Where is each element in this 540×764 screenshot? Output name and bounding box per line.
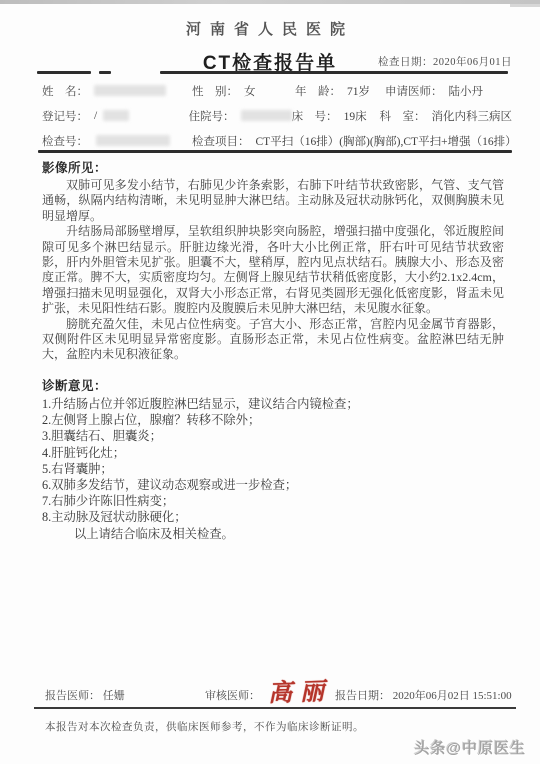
age-field: 年 龄： 71岁 xyxy=(295,83,385,99)
diagnosis-item: 6.双肺多发结节，建议动态观察或进一步检查； xyxy=(42,477,504,493)
report-doctor-label: 报告医师： xyxy=(45,690,100,702)
diagnosis-section: 诊断意见： 1.升结肠占位并邻近腹腔淋巴结显示，建议结合内镜检查； 2.左侧肾上… xyxy=(42,376,504,542)
gender-label: 性 别： xyxy=(192,83,238,99)
redacted-name xyxy=(94,85,166,96)
exam-date-value: 2020年06月01日 xyxy=(433,57,512,68)
review-doctor-field: 审核医师： xyxy=(205,687,260,703)
exam-date: 检查日期：2020年06月01日 xyxy=(378,54,512,69)
gender-value: 女 xyxy=(244,83,256,99)
name-field: 姓 名： xyxy=(42,83,192,99)
exam-item-field: 检查项目： CT平扫（16排）(胸部)(胸部),CT平扫+增强（16排）(盆腔+… xyxy=(192,133,512,149)
patient-row-1: 姓 名： 性 别： 女 年 龄： 71岁 申请医师： 陆小丹 xyxy=(42,78,512,103)
divider-segment xyxy=(99,71,111,74)
signature-row: 报告医师： 任姗 审核医师： 高丽 报告日期： 2020年06月02日 15:5… xyxy=(0,678,540,708)
exam-date-label: 检查日期： xyxy=(378,57,433,68)
reg-no-label: 登记号： xyxy=(42,108,88,124)
patient-row-2: 登记号： / 住院号： 床 号： 19床 科 室： 消化内科三病区 xyxy=(42,103,512,128)
exam-item-label: 检查项目： xyxy=(192,133,250,149)
divider-segment xyxy=(160,71,508,74)
exam-no-field: 检查号： xyxy=(42,133,192,149)
ct-report-page: 河南省人民医院 CT检查报告单 检查日期：2020年06月01日 姓 名： 性 … xyxy=(0,0,540,764)
toutiao-watermark: 头条@中原医生 xyxy=(414,737,526,758)
title-row: CT检查报告单 检查日期：2020年06月01日 xyxy=(0,48,540,70)
dept-field: 科 室： 消化内科三病区 xyxy=(380,108,513,124)
redacted-reg-no xyxy=(103,110,129,121)
header-divider xyxy=(0,71,540,74)
admission-no-field: 住院号： xyxy=(189,108,292,124)
footer-divider xyxy=(34,707,516,709)
diagnosis-item: 5.右肾囊肿； xyxy=(42,461,504,477)
patient-info-table: 姓 名： 性 别： 女 年 龄： 71岁 申请医师： 陆小丹 登记号： / xyxy=(42,78,512,153)
diagnosis-item: 4.肝脏钙化灶； xyxy=(42,445,504,461)
review-doctor-signature: 高丽 xyxy=(267,671,332,708)
exam-no-label: 检查号： xyxy=(42,133,88,149)
findings-heading: 影像所见： xyxy=(42,158,504,176)
gender-field: 性 别： 女 xyxy=(192,83,295,99)
age-label: 年 龄： xyxy=(295,83,341,99)
reg-no-value: / xyxy=(94,110,97,122)
report-date-field: 报告日期： 2020年06月02日 15:51:00 xyxy=(335,687,512,703)
scan-edge-bar xyxy=(0,0,540,4)
dept-value: 消化内科三病区 xyxy=(432,108,513,124)
bed-label: 床 号： xyxy=(292,108,338,124)
dept-label: 科 室： xyxy=(380,108,426,124)
findings-section: 影像所见： 双肺可见多发小结节，右肺见少许条索影，右肺下叶结节状致密影，气管、支… xyxy=(42,158,504,363)
diagnosis-item: 1.升结肠占位并邻近腹腔淋巴结显示，建议结合内镜检查； xyxy=(42,396,504,412)
admission-no-label: 住院号： xyxy=(189,108,235,124)
divider-segment xyxy=(37,71,91,74)
redacted-admission-no xyxy=(241,110,292,121)
diagnosis-closing: 以上请结合临床及相关检查。 xyxy=(42,526,504,542)
table-divider xyxy=(38,150,512,153)
report-date-label: 报告日期： xyxy=(335,690,390,702)
diagnosis-item: 8.主动脉及冠状动脉硬化； xyxy=(42,509,504,525)
redacted-exam-no xyxy=(96,135,170,146)
diagnosis-item: 2.左侧肾上腺占位，腺瘤？转移不除外； xyxy=(42,412,504,428)
reg-no-field: 登记号： / xyxy=(42,108,189,124)
review-doctor-label: 审核医师： xyxy=(205,690,260,702)
req-doctor-label: 申请医师： xyxy=(385,83,443,99)
req-doctor-value: 陆小丹 xyxy=(449,83,484,99)
findings-paragraph: 双肺可见多发小结节，右肺见少许条索影，右肺下叶结节状致密影，气管、支气管通畅，纵… xyxy=(42,178,504,224)
hospital-name: 河南省人民医院 xyxy=(0,18,540,39)
name-label: 姓 名： xyxy=(42,83,88,99)
report-doctor-field: 报告医师： 任姗 xyxy=(45,687,125,703)
req-doctor-field: 申请医师： 陆小丹 xyxy=(385,83,512,99)
diagnosis-item: 7.右肺少许陈旧性病变； xyxy=(42,493,504,509)
scan-smudge xyxy=(510,4,540,7)
bed-field: 床 号： 19床 xyxy=(292,108,380,124)
age-value: 71岁 xyxy=(347,83,370,99)
bed-value: 19床 xyxy=(344,108,367,124)
disclaimer-text: 本报告对本次检查负责，供临床医师参考，不作为临床诊断证明。 xyxy=(45,719,364,734)
diagnosis-heading: 诊断意见： xyxy=(42,376,504,394)
findings-paragraph: 膀胱充盈欠佳，未见占位性病变。子宫大小、形态正常，宫腔内见金属节育器影，双侧附件… xyxy=(42,317,504,363)
report-date-value: 2020年06月02日 15:51:00 xyxy=(393,690,512,702)
report-doctor-value: 任姗 xyxy=(103,690,125,702)
exam-item-value: CT平扫（16排）(胸部)(胸部),CT平扫+增强（16排）(盆腔+腹部 xyxy=(256,133,513,149)
diagnosis-item: 3.胆囊结石、胆囊炎； xyxy=(42,428,504,444)
findings-paragraph: 升结肠局部肠壁增厚，呈软组织肿块影突向肠腔，增强扫描中度强化，邻近腹腔间隙可见多… xyxy=(42,224,504,316)
